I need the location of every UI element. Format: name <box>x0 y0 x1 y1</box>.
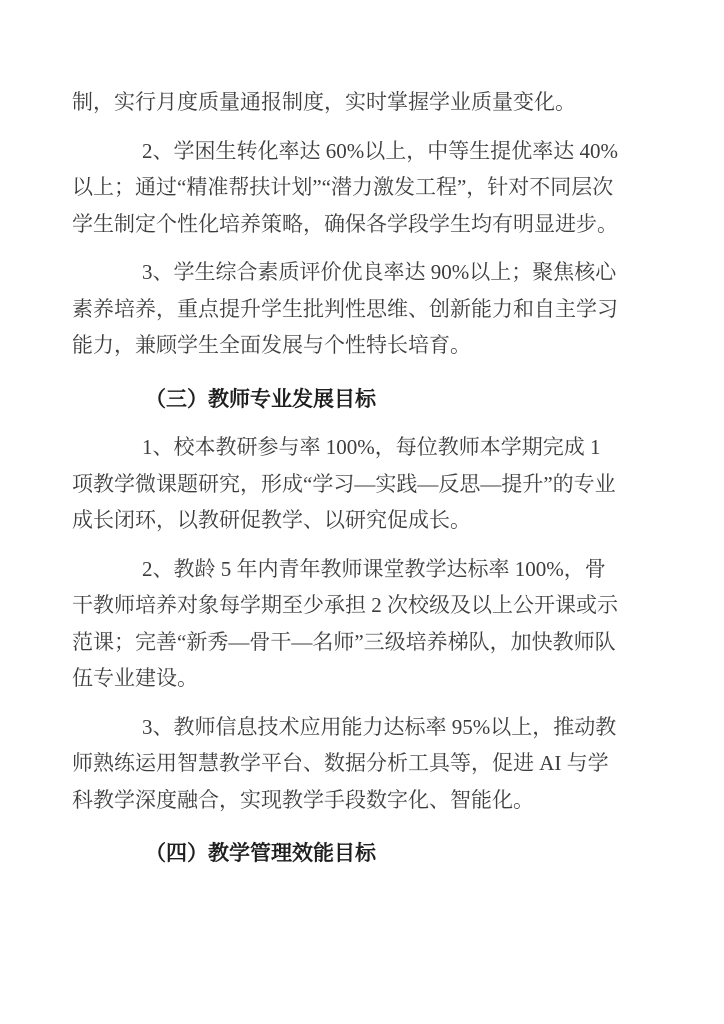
body-paragraph-teacher-1: 1、校本教研参与率 100%，每位教师本学期完成 1 项教学微课题研究，形成“学… <box>72 429 620 539</box>
body-paragraph-goal-2: 2、学困生转化率达 60%以上，中等生提优率达 40%以上；通过“精准帮扶计划”… <box>72 133 620 243</box>
section-heading-management-efficiency: （四）教学管理效能目标 <box>72 835 620 872</box>
body-paragraph-continuation: 制，实行月度质量通报制度，实时掌握学业质量变化。 <box>72 84 620 121</box>
document-body: 制，实行月度质量通报制度，实时掌握学业质量变化。 2、学困生转化率达 60%以上… <box>72 84 620 872</box>
body-paragraph-teacher-2: 2、教龄 5 年内青年教师课堂教学达标率 100%，骨干教师培养对象每学期至少承… <box>72 551 620 697</box>
body-paragraph-goal-3: 3、学生综合素质评价优良率达 90%以上；聚焦核心素养培养，重点提升学生批判性思… <box>72 254 620 364</box>
body-paragraph-teacher-3: 3、教师信息技术应用能力达标率 95%以上，推动教师熟练运用智慧教学平台、数据分… <box>72 709 620 819</box>
section-heading-teacher-development: （三）教师专业发展目标 <box>72 381 620 418</box>
document-page: 制，实行月度质量通报制度，实时掌握学业质量变化。 2、学困生转化率达 60%以上… <box>0 0 724 1024</box>
